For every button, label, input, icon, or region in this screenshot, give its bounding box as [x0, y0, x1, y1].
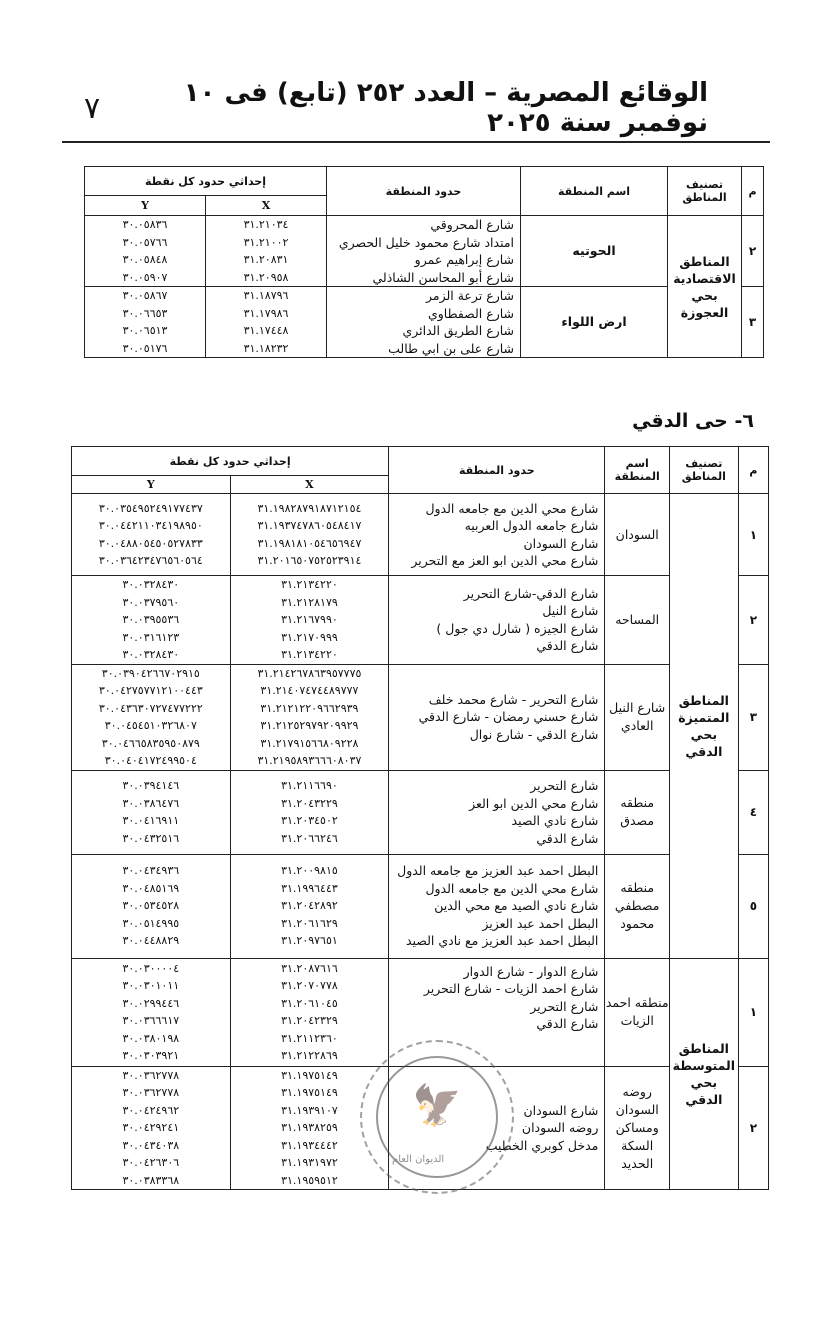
- row-classification: المناطق المتميزة بحي الدقي: [670, 494, 739, 959]
- table-row: ٣ شارع النيل العادي شارع التحرير - شارع …: [72, 664, 769, 770]
- row-serial: ١: [738, 958, 768, 1066]
- row-area-name: السودان: [605, 494, 670, 576]
- row-serial: ٢: [738, 1066, 768, 1190]
- row-boundaries: شارع ترعة الزمر شارع الصفطاوي شارع الطري…: [327, 287, 521, 358]
- official-seal-stamp: 🦅 الديوان العام: [360, 1040, 514, 1194]
- col-serial: م: [738, 447, 768, 494]
- row-x-values: ٣١.٢١٠٣٤ ٣١.٢١٠٠٢ ٣١.٢٠٨٣١ ٣١.٢٠٩٥٨: [206, 216, 327, 287]
- row-boundaries: شارع الدقي-شارع التحرير شارع النيل شارع …: [389, 576, 605, 665]
- col-coordinates: إحداثي حدود كل نقطة: [72, 447, 389, 476]
- row-area-name: منطقه احمد الزيات: [605, 958, 670, 1066]
- row-x-values: ٣١.٢١٣٤٢٢٠ ٣١.٢١٢٨١٧٩ ٣١.٢١٦٧٩٩٠ ٣١.٢١٧٠…: [230, 576, 389, 665]
- seal-label: الديوان العام: [392, 1154, 444, 1165]
- row-boundaries: شارع التحرير - شارع محمد خلف شارع حسني ر…: [389, 664, 605, 770]
- row-y-values: ٣٠.٠٥٨٣٦ ٣٠.٠٥٧٦٦ ٣٠.٠٥٨٤٨ ٣٠.٠٥٩٠٧: [85, 216, 206, 287]
- row-area-name: روضه السودان ومساكن السكة الحديد: [605, 1066, 670, 1190]
- row-boundaries: البطل احمد عبد العزيز مع جامعه الدول شار…: [389, 854, 605, 958]
- row-y-values: ٣٠.٠٣٠٠٠٠٤ ٣٠.٠٣٠١٠١١ ٣٠.٠٢٩٩٤٤٦ ٣٠.٠٣٦٦…: [72, 958, 231, 1066]
- table-row: ٢ المناطق الاقتصادية بحي العجوزة الحوتيه…: [85, 216, 764, 287]
- col-boundaries: حدود المنطقة: [327, 167, 521, 216]
- eagle-emblem-icon: 🦅: [412, 1082, 462, 1129]
- row-serial: ٢: [742, 216, 764, 287]
- row-y-values: ٣٠.٠٣٩٠٤٢٦٦٧٠٢٩١٥ ٣٠.٠٤٢٧٥٧٧١٢١٠٠٤٤٣ ٣٠.…: [72, 664, 231, 770]
- row-serial: ٤: [738, 770, 768, 854]
- col-x: X: [230, 476, 389, 494]
- gazette-title: الوقائع المصرية – العدد ٢٥٢ (تابع) فى ١٠…: [100, 78, 708, 138]
- col-coordinates: إحداثي حدود كل نقطة: [85, 167, 327, 196]
- row-area-name: منطقه مصدق: [605, 770, 670, 854]
- row-serial: ٢: [738, 576, 768, 665]
- table-row: ٣ ارض اللواء شارع ترعة الزمر شارع الصفطا…: [85, 287, 764, 358]
- row-y-values: ٣٠.٠٥٨٦٧ ٣٠.٠٦٦٥٣ ٣٠.٠٦٥١٣ ٣٠.٠٥١٧٦: [85, 287, 206, 358]
- row-boundaries: شارع المحروقي امتداد شارع محمود خليل الح…: [327, 216, 521, 287]
- table-row: ١ المناطق المتميزة بحي الدقي السودان شار…: [72, 494, 769, 576]
- section-title: ٦- حى الدقي: [632, 410, 754, 432]
- row-x-values: ٣١.١٩٨٢٨٧٩١٨٧١٢١٥٤ ٣١.١٩٣٧٤٧٨٦٠٥٤٨٤١٧ ٣١…: [230, 494, 389, 576]
- row-serial: ١: [738, 494, 768, 576]
- row-x-values: ٣١.٢٠٠٩٨١٥ ٣١.١٩٩٦٤٤٣ ٣١.٢٠٤٢٨٩٢ ٣١.٢٠٦١…: [230, 854, 389, 958]
- row-y-values: ٣٠.٠٣٢٨٤٣٠ ٣٠.٠٣٧٩٥٦٠ ٣٠.٠٣٩٥٥٣٦ ٣٠.٠٣١٦…: [72, 576, 231, 665]
- row-y-values: ٣٠.٠٣٩٤١٤٦ ٣٠.٠٣٨٦٤٧٦ ٣٠.٠٤١٦٩١١ ٣٠.٠٤٣٢…: [72, 770, 231, 854]
- table-row: ٤ منطقه مصدق شارع التحرير شارع محي الدين…: [72, 770, 769, 854]
- col-classification: تصنيف المناطق: [668, 167, 742, 216]
- row-serial: ٣: [742, 287, 764, 358]
- col-boundaries: حدود المنطقة: [389, 447, 605, 494]
- row-area-name: منطقه مصطفي محمود: [605, 854, 670, 958]
- table-row: ٥ منطقه مصطفي محمود البطل احمد عبد العزي…: [72, 854, 769, 958]
- col-classification: تصنيف المناطق: [670, 447, 739, 494]
- col-serial: م: [742, 167, 764, 216]
- row-area-name: الحوتيه: [521, 216, 668, 287]
- col-area-name: اسم المنطقة: [605, 447, 670, 494]
- col-x: X: [206, 196, 327, 216]
- row-area-name: المساحه: [605, 576, 670, 665]
- row-x-values: ٣١.١٨٧٩٦ ٣١.١٧٩٨٦ ٣١.١٧٤٤٨ ٣١.١٨٢٣٢: [206, 287, 327, 358]
- row-area-name: شارع النيل العادي: [605, 664, 670, 770]
- economic-zones-table: م تصنيف المناطق اسم المنطقة حدود المنطقة…: [84, 166, 764, 358]
- row-y-values: ٣٠.٠٣٥٤٩٥٢٤٩١٧٧٤٣٧ ٣٠.٠٤٤٢١١٠٣٤١٩٨٩٥٠ ٣٠…: [72, 494, 231, 576]
- row-area-name: ارض اللواء: [521, 287, 668, 358]
- row-classification: المناطق الاقتصادية بحي العجوزة: [668, 216, 742, 358]
- header-rule: [62, 141, 770, 143]
- row-x-values: ٣١.٢١١٦٦٩٠ ٣١.٢٠٤٣٢٢٩ ٣١.٢٠٣٤٥٠٢ ٣١.٢٠٦٦…: [230, 770, 389, 854]
- table-row: ٢ المساحه شارع الدقي-شارع التحرير شارع ا…: [72, 576, 769, 665]
- row-y-values: ٣٠.٠٣٦٢٧٧٨ ٣٠.٠٣٦٢٧٧٨ ٣٠.٠٤٢٤٩٦٢ ٣٠.٠٤٢٩…: [72, 1066, 231, 1190]
- row-y-values: ٣٠.٠٤٣٤٩٣٦ ٣٠.٠٤٨٥١٦٩ ٣٠.٠٥٣٤٥٢٨ ٣٠.٠٥١٤…: [72, 854, 231, 958]
- row-x-values: ٣١.٢٠٨٧٦١٦ ٣١.٢٠٧٠٧٧٨ ٣١.٢٠٦١٠٤٥ ٣١.٢٠٤٢…: [230, 958, 389, 1066]
- page-header: ٧ الوقائع المصرية – العدد ٢٥٢ (تابع) فى …: [60, 88, 770, 128]
- col-y: Y: [72, 476, 231, 494]
- page-number: ٧: [84, 91, 100, 126]
- row-classification: المناطق المتوسطة بحي الدقي: [670, 958, 739, 1190]
- row-serial: ٣: [738, 664, 768, 770]
- row-serial: ٥: [738, 854, 768, 958]
- col-y: Y: [85, 196, 206, 216]
- row-x-values: ٣١.٢١٤٢٦٧٨٦٣٩٥٧٧٧٥ ٣١.٢١٤٠٧٤٧٤٤٨٩٧٧٧ ٣١.…: [230, 664, 389, 770]
- row-boundaries: شارع محي الدين مع جامعه الدول شارع جامعه…: [389, 494, 605, 576]
- row-boundaries: شارع التحرير شارع محي الدين ابو العز شار…: [389, 770, 605, 854]
- col-area-name: اسم المنطقة: [521, 167, 668, 216]
